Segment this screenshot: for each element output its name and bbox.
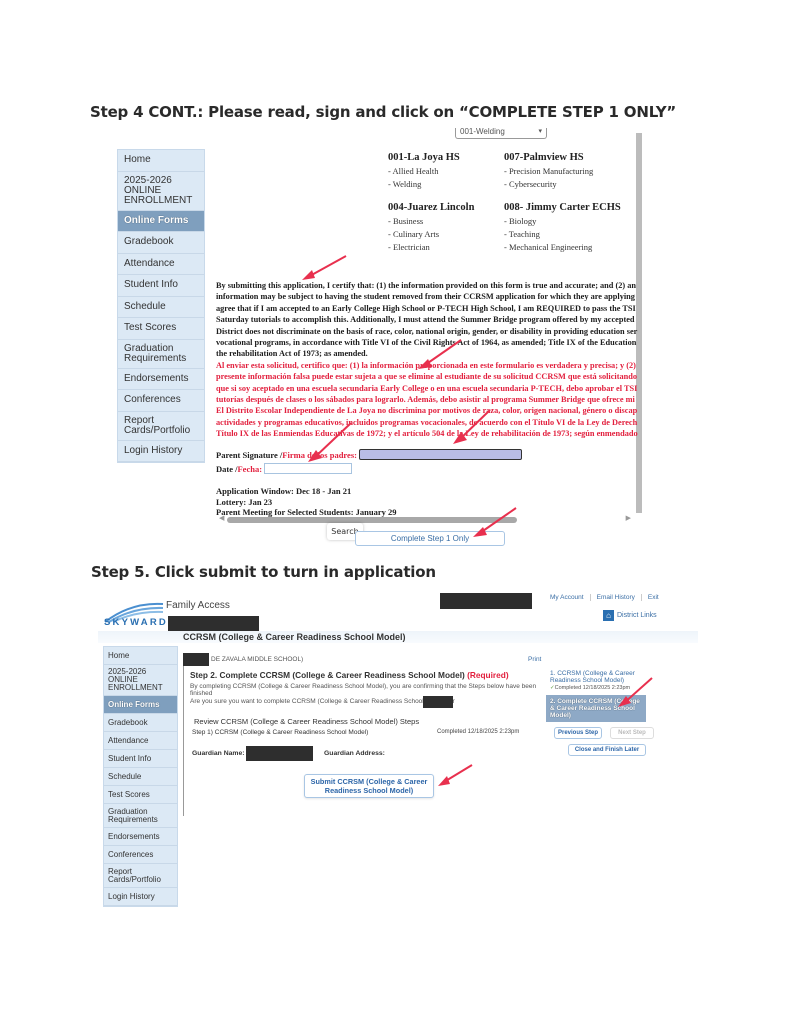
sidebar-item-graduation-requirements[interactable]: Graduation Requirements — [104, 804, 177, 828]
program: - Mechanical Engineering — [504, 241, 621, 254]
sidebar-item-report-cards-portfolio[interactable]: Report Cards/Portfolio — [104, 864, 177, 888]
sidebar-item-test-scores[interactable]: Test Scores — [104, 786, 177, 804]
program: - Culinary Arts — [388, 228, 474, 241]
step-title-text: Step 2. Complete CCRSM (College & Career… — [190, 670, 465, 680]
parent-meeting-date: Parent Meeting for Selected Students: Ja… — [216, 507, 397, 518]
page-title: CCRSM (College & Career Readiness School… — [183, 632, 406, 642]
program-dropdown[interactable]: 001-Welding ▾ — [455, 128, 547, 139]
print-link[interactable]: Print — [528, 656, 541, 663]
program: - Electrician — [388, 241, 474, 254]
sidebar-item-login-history[interactable]: Login History — [104, 888, 177, 906]
certification-line: El Distrito Escolar Independiente de La … — [216, 405, 638, 416]
district-links-label: District Links — [617, 612, 657, 619]
sidebar-item-schedule[interactable]: Schedule — [104, 768, 177, 786]
scroll-right-icon[interactable]: ▶ — [626, 514, 631, 522]
sidebar-item-graduation-requirements[interactable]: Graduation Requirements — [118, 340, 204, 369]
sidebar-item-attendance[interactable]: Attendance — [118, 254, 204, 276]
email-history-link[interactable]: Email History — [591, 594, 642, 601]
certification-line: agree that if I am accepted to an Early … — [216, 303, 638, 314]
step-title: Step 2. Complete CCRSM (College & Career… — [190, 670, 509, 680]
certification-line: information may be subject to having the… — [216, 291, 638, 302]
desc-line: Are you sure you want to complete CCRSM … — [190, 698, 540, 705]
guardian-name-label: Guardian Name: — [192, 750, 245, 757]
sidebar-item-endorsements[interactable]: Endorsements — [118, 369, 204, 391]
date-label: Date / — [216, 464, 237, 474]
certification-line: District does not discriminate on the ba… — [216, 326, 638, 337]
district-links-button[interactable]: ⌂ District Links — [603, 610, 657, 621]
school-name: 001-La Joya HS — [388, 152, 460, 163]
school-block: 004-Juarez Lincoln - Business - Culinary… — [388, 202, 474, 254]
redacted-guardian-name — [246, 746, 313, 761]
dropdown-value: 001-Welding — [460, 128, 505, 136]
certification-line: tutorías después de clases o los sábados… — [216, 394, 638, 405]
program: - Cybersecurity — [504, 178, 593, 191]
sidebar-item-conferences[interactable]: Conferences — [104, 846, 177, 864]
sidebar-item-report-cards-portfolio[interactable]: Report Cards/Portfolio — [118, 412, 204, 441]
program: - Biology — [504, 215, 621, 228]
redacted-user-name — [440, 593, 532, 609]
certification-line: que si soy aceptado en una escuela secun… — [216, 383, 638, 394]
sidebar-item-login-history[interactable]: Login History — [118, 441, 204, 463]
annotation-arrow-icon — [415, 337, 465, 372]
program: - Teaching — [504, 228, 621, 241]
annotation-arrow-icon — [436, 762, 476, 790]
step1-status: Completed 12/18/2025 2:23pm — [437, 729, 519, 735]
redacted-student-id — [183, 653, 209, 666]
chevron-down-icon: ▾ — [538, 128, 542, 136]
redacted-student-name — [423, 696, 453, 708]
close-finish-later-button[interactable]: Close and Finish Later — [568, 744, 646, 756]
program: - Precision Manufacturing — [504, 165, 593, 178]
step5-instruction: Step 5. Click submit to turn in applicat… — [91, 563, 436, 581]
signature-row: Parent Signature / Firma de los padres: — [216, 449, 522, 460]
required-badge: (Required) — [467, 670, 509, 680]
lottery-date: Lottery: Jan 23 — [216, 497, 397, 508]
sidebar-item-student-info[interactable]: Student Info — [104, 750, 177, 768]
application-window: Application Window: Dec 18 - Jan 21 — [216, 486, 397, 497]
sidebar-item-schedule[interactable]: Schedule — [118, 297, 204, 319]
certification-line: By submitting this application, I certif… — [216, 280, 638, 291]
certification-line: Título IX de las Enmiendas Educativas de… — [216, 428, 638, 439]
steps-sidebar: 1. CCRSM (College & Career Readiness Sch… — [546, 667, 646, 722]
review-title: Review CCRSM (College & Career Readiness… — [194, 717, 419, 726]
school-name: 007-Palmview HS — [504, 152, 593, 163]
certification-line: Saturday tutorials to accomplish this. A… — [216, 314, 638, 325]
skyward-logo-text: SKYWARD — [104, 617, 168, 628]
sidebar-item-conferences[interactable]: Conferences — [118, 390, 204, 412]
sidebar-item-gradebook[interactable]: Gradebook — [104, 714, 177, 732]
sidebar-item-home[interactable]: Home — [118, 150, 204, 172]
horizontal-scrollbar[interactable]: ◀ ▶ — [219, 517, 629, 523]
building-icon: ⌂ — [603, 610, 614, 621]
program: - Business — [388, 215, 474, 228]
sidebar-item-2025-2026-online-enrollment[interactable]: 2025-2026 ONLINE ENROLLMENT — [104, 665, 177, 696]
sidebar-nav: Home2025-2026 ONLINE ENROLLMENTOnline Fo… — [117, 149, 205, 463]
step-panel: Step 2. Complete CCRSM (College & Career… — [183, 666, 545, 816]
school-block: 001-La Joya HS - Allied Health - Welding — [388, 152, 460, 191]
sidebar-item-home[interactable]: Home — [104, 647, 177, 665]
sidebar-nav: Home2025-2026 ONLINE ENROLLMENTOnline Fo… — [103, 646, 178, 907]
sidebar-item-student-info[interactable]: Student Info — [118, 275, 204, 297]
sidebar-item-test-scores[interactable]: Test Scores — [118, 318, 204, 340]
guardian-address-label: Guardian Address: — [324, 750, 385, 757]
next-step-button[interactable]: Next Step — [610, 727, 654, 739]
step4-instruction: Step 4 CONT.: Please read, sign and clic… — [90, 103, 676, 121]
school-name: 004-Juarez Lincoln — [388, 202, 474, 213]
annotation-arrow-icon — [450, 407, 495, 447]
step-row: Step 1) CCRSM (College & Career Readines… — [192, 729, 542, 736]
exit-link[interactable]: Exit — [642, 594, 665, 601]
school-name: 008- Jimmy Carter ECHS — [504, 202, 621, 213]
sidebar-item-online-forms[interactable]: Online Forms — [104, 696, 177, 714]
sidebar-item-online-forms[interactable]: Online Forms — [118, 211, 204, 233]
sidebar-item-attendance[interactable]: Attendance — [104, 732, 177, 750]
program: - Welding — [388, 178, 460, 191]
annotation-arrow-icon — [470, 505, 520, 540]
submit-ccrsm-button[interactable]: Submit CCRSM (College & Career Readiness… — [304, 774, 434, 798]
step4-screenshot: Home2025-2026 ONLINE ENROLLMENTOnline Fo… — [115, 125, 645, 550]
desc-line-text: Are you sure you want to complete CCRSM … — [190, 698, 455, 705]
scroll-left-icon[interactable]: ◀ — [219, 514, 224, 522]
sidebar-item-endorsements[interactable]: Endorsements — [104, 828, 177, 846]
certification-line: presente información falsa puede estar s… — [216, 371, 638, 382]
step5-screenshot: SKYWARD Family Access My Account Email H… — [98, 590, 698, 920]
redacted-student-name — [168, 616, 259, 632]
step1-label: Step 1) CCRSM (College & Career Readines… — [192, 729, 368, 736]
my-account-link[interactable]: My Account — [544, 594, 591, 601]
previous-step-button[interactable]: Previous Step — [554, 727, 602, 739]
annotation-arrow-icon — [300, 253, 350, 283]
app-name: Family Access — [166, 600, 230, 611]
sidebar-item-2025-2026-online-enrollment[interactable]: 2025-2026 ONLINE ENROLLMENT — [118, 172, 204, 211]
annotation-arrow-icon — [616, 675, 656, 710]
key-dates: Application Window: Dec 18 - Jan 21 Lott… — [216, 486, 397, 518]
signature-label: Parent Signature / — [216, 450, 282, 460]
school-block: 007-Palmview HS - Precision Manufacturin… — [504, 152, 593, 191]
school-block: 008- Jimmy Carter ECHS - Biology - Teach… — [504, 202, 621, 254]
desc-line: By completing CCRSM (College & Career Re… — [190, 683, 540, 698]
annotation-arrow-icon — [305, 420, 355, 465]
school-name: DE ZAVALA MIDDLE SCHOOL) — [211, 656, 303, 663]
sidebar-item-gradebook[interactable]: Gradebook — [118, 232, 204, 254]
top-links: My Account Email History Exit — [544, 594, 665, 601]
program: - Allied Health — [388, 165, 460, 178]
certification-line: actividades y programas educativos, incl… — [216, 417, 638, 428]
date-label-es: Fecha: — [237, 464, 262, 474]
parent-signature-input[interactable] — [359, 449, 522, 460]
step-description: By completing CCRSM (College & Career Re… — [190, 683, 540, 705]
